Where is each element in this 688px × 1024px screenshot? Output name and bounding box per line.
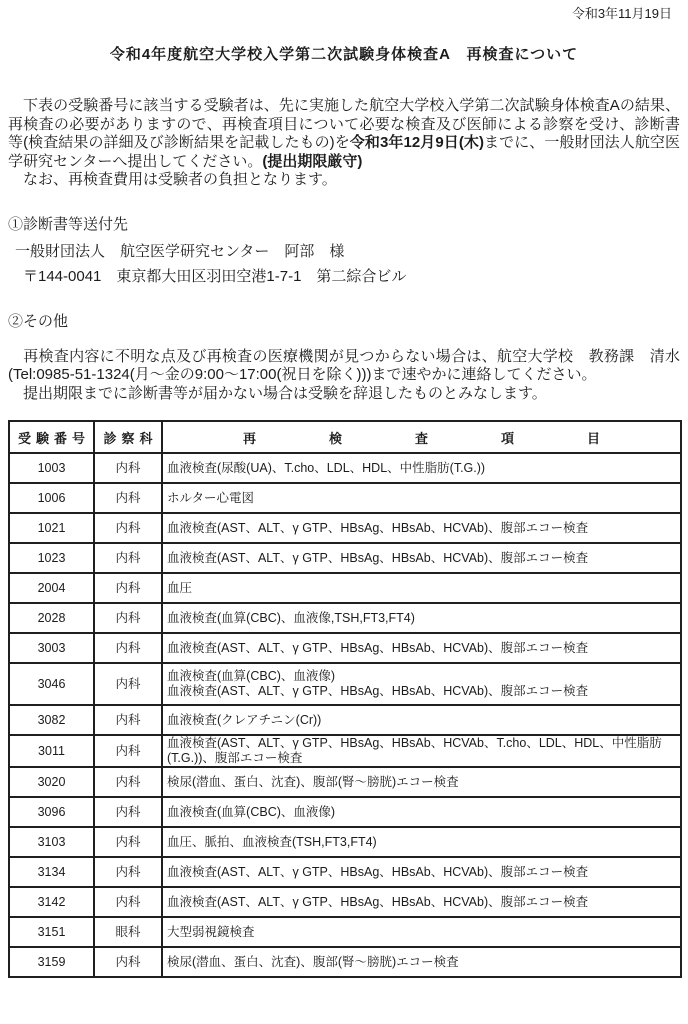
department-cell: 内科	[94, 705, 162, 735]
table-row: 3003 内科 血液検査(AST、ALT、γ GTP、HBsAg、HBsAb、H…	[9, 633, 681, 663]
table-row: 3103 内科 血圧、脈拍、血液検査(TSH,FT3,FT4)	[9, 827, 681, 857]
table-row: 3096 内科 血液検査(血算(CBC)、血液像)	[9, 797, 681, 827]
section-send-to-heading: ①診断書等送付先	[8, 216, 680, 234]
department-cell: 内科	[94, 513, 162, 543]
fee-note: なお、再検査費用は受験者の負担となります。	[8, 171, 680, 190]
recheck-items-cell: 血液検査(クレアチニン(Cr))	[162, 705, 681, 735]
recheck-table-body: 1003 内科 血液検査(尿酸(UA)、T.cho、LDL、HDL、中性脂肪(T…	[9, 453, 681, 977]
recheck-items-cell: 血液検査(AST、ALT、γ GTP、HBsAg、HBsAb、HCVAb)、腹部…	[162, 633, 681, 663]
recheck-items-cell: 血液検査(AST、ALT、γ GTP、HBsAg、HBsAb、HCVAb)、腹部…	[162, 857, 681, 887]
table-row: 3011 内科 血液検査(AST、ALT、γ GTP、HBsAg、HBsAb、H…	[9, 735, 681, 767]
table-row: 2028 内科 血液検査(血算(CBC)、血液像,TSH,FT3,FT4)	[9, 603, 681, 633]
strict-deadline-note: (提出期限厳守)	[262, 153, 362, 170]
contact-paragraph: 再検査内容に不明な点及び再検査の医療機関が見つからない場合は、航空大学校 教務課…	[8, 348, 680, 385]
table-row: 1006 内科 ホルター心電図	[9, 483, 681, 513]
submission-deadline: 令和3年12月9日(木)	[350, 134, 484, 151]
exam-number-cell: 3082	[9, 705, 94, 735]
recheck-items-cell: 血液検査(AST、ALT、γ GTP、HBsAg、HBsAb、HCVAb)、腹部…	[162, 513, 681, 543]
exam-number-cell: 3003	[9, 633, 94, 663]
department-cell: 内科	[94, 827, 162, 857]
recheck-items-cell: 血液検査(AST、ALT、γ GTP、HBsAg、HBsAb、HCVAb)、腹部…	[162, 887, 681, 917]
table-row: 1021 内科 血液検査(AST、ALT、γ GTP、HBsAg、HBsAb、H…	[9, 513, 681, 543]
recheck-table: 受験番号 診察科 再 検 査 項 目 1003 内科 血液検査(尿酸(UA)、T…	[8, 420, 682, 978]
exam-number-cell: 3159	[9, 947, 94, 977]
exam-number-cell: 1023	[9, 543, 94, 573]
department-cell: 眼科	[94, 917, 162, 947]
exam-number-cell: 3020	[9, 767, 94, 797]
document-date: 令和3年11月19日	[8, 6, 680, 21]
table-header-row: 受験番号 診察科 再 検 査 項 目	[9, 421, 681, 453]
exam-number-cell: 2028	[9, 603, 94, 633]
recheck-items-cell: 大型弱視鏡検査	[162, 917, 681, 947]
recheck-items-cell: 血液検査(尿酸(UA)、T.cho、LDL、HDL、中性脂肪(T.G.))	[162, 453, 681, 483]
table-row: 3151 眼科 大型弱視鏡検査	[9, 917, 681, 947]
department-cell: 内科	[94, 735, 162, 767]
department-cell: 内科	[94, 797, 162, 827]
recheck-items-cell: 血液検査(AST、ALT、γ GTP、HBsAg、HBsAb、HCVAb、T.c…	[162, 735, 681, 767]
table-row: 1003 内科 血液検査(尿酸(UA)、T.cho、LDL、HDL、中性脂肪(T…	[9, 453, 681, 483]
recheck-items-cell: 血液検査(血算(CBC)、血液像,TSH,FT3,FT4)	[162, 603, 681, 633]
department-cell: 内科	[94, 663, 162, 705]
table-row: 3142 内科 血液検査(AST、ALT、γ GTP、HBsAg、HBsAb、H…	[9, 887, 681, 917]
exam-number-cell: 1006	[9, 483, 94, 513]
document-page: 令和3年11月19日 令和4年度航空大学校入学第二次試験身体検査A 再検査につい…	[0, 0, 688, 978]
deadline-warning: 提出期限までに診断書等が届かない場合は受験を辞退したものとみなします。	[8, 385, 680, 404]
recheck-items-cell: 血液検査(AST、ALT、γ GTP、HBsAg、HBsAb、HCVAb)、腹部…	[162, 543, 681, 573]
recheck-items-cell: 血圧	[162, 573, 681, 603]
department-cell: 内科	[94, 543, 162, 573]
recheck-items-cell: 検尿(潜血、蛋白、沈査)、腹部(腎〜膀胱)エコー検査	[162, 767, 681, 797]
recheck-items-cell: 血圧、脈拍、血液検査(TSH,FT3,FT4)	[162, 827, 681, 857]
department-cell: 内科	[94, 633, 162, 663]
header-exam-number: 受験番号	[9, 421, 94, 453]
address-line: 〒144-0041 東京都大田区羽田空港1-7-1 第二綜合ビル	[8, 268, 680, 286]
department-cell: 内科	[94, 767, 162, 797]
exam-number-cell: 1003	[9, 453, 94, 483]
recipient-line: 一般財団法人 航空医学研究センター 阿部 様	[8, 243, 680, 261]
recheck-items-cell: 血液検査(血算(CBC)、血液像)	[162, 797, 681, 827]
table-row: 3159 内科 検尿(潜血、蛋白、沈査)、腹部(腎〜膀胱)エコー検査	[9, 947, 681, 977]
exam-number-cell: 1021	[9, 513, 94, 543]
header-recheck-items: 再 検 査 項 目	[162, 421, 681, 453]
exam-number-cell: 3103	[9, 827, 94, 857]
exam-number-cell: 2004	[9, 573, 94, 603]
page-title: 令和4年度航空大学校入学第二次試験身体検査A 再検査について	[8, 43, 680, 64]
intro-paragraph: 下表の受験番号に該当する受験者は、先に実施した航空大学校入学第二次試験身体検査A…	[8, 97, 680, 171]
department-cell: 内科	[94, 453, 162, 483]
exam-number-cell: 3151	[9, 917, 94, 947]
exam-number-cell: 3134	[9, 857, 94, 887]
exam-number-cell: 3096	[9, 797, 94, 827]
section-other-heading: ②その他	[8, 313, 680, 331]
recheck-items-cell: ホルター心電図	[162, 483, 681, 513]
table-row: 1023 内科 血液検査(AST、ALT、γ GTP、HBsAg、HBsAb、H…	[9, 543, 681, 573]
table-row: 3134 内科 血液検査(AST、ALT、γ GTP、HBsAg、HBsAb、H…	[9, 857, 681, 887]
table-row: 2004 内科 血圧	[9, 573, 681, 603]
recheck-items-cell: 検尿(潜血、蛋白、沈査)、腹部(腎〜膀胱)エコー検査	[162, 947, 681, 977]
table-row: 3046 内科 血液検査(血算(CBC)、血液像) 血液検査(AST、ALT、γ…	[9, 663, 681, 705]
table-row: 3020 内科 検尿(潜血、蛋白、沈査)、腹部(腎〜膀胱)エコー検査	[9, 767, 681, 797]
recheck-items-cell: 血液検査(血算(CBC)、血液像) 血液検査(AST、ALT、γ GTP、HBs…	[162, 663, 681, 705]
department-cell: 内科	[94, 603, 162, 633]
department-cell: 内科	[94, 483, 162, 513]
exam-number-cell: 3011	[9, 735, 94, 767]
table-row: 3082 内科 血液検査(クレアチニン(Cr))	[9, 705, 681, 735]
header-department: 診察科	[94, 421, 162, 453]
department-cell: 内科	[94, 573, 162, 603]
exam-number-cell: 3142	[9, 887, 94, 917]
exam-number-cell: 3046	[9, 663, 94, 705]
department-cell: 内科	[94, 947, 162, 977]
department-cell: 内科	[94, 857, 162, 887]
department-cell: 内科	[94, 887, 162, 917]
